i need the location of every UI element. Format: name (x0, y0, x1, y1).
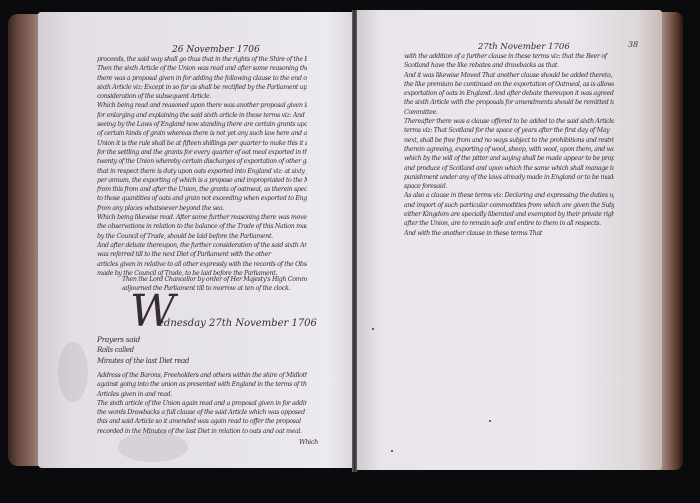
left-page-text-block: proceeds, the said way shall go thus tha… (97, 55, 307, 278)
right-page-date-heading: 27th November 1706 (478, 42, 570, 52)
text-line: for the settling and the grants for ever… (97, 148, 307, 157)
paper-stain (118, 432, 188, 462)
text-line: which by the will of the pitter and sayi… (404, 154, 614, 163)
text-line: consideration of the subsequent Article. (97, 92, 307, 101)
text-line: of certain kinds of grain whereas there … (97, 129, 307, 138)
text-line: Which being read and reasoned upon there… (97, 101, 307, 110)
text-line: the observations in relation to the bala… (97, 222, 307, 231)
text-line: The sixth article of the Union again rea… (97, 399, 307, 408)
text-line: twenty of the Union whereby certain disc… (97, 157, 307, 166)
paper-speck (489, 420, 491, 422)
text-line: after the Union, are to remain safe and … (404, 219, 614, 228)
text-line: and import of such particular commoditie… (404, 201, 614, 210)
text-line: Which being likewise read. After some fu… (97, 213, 307, 222)
book-gutter (352, 10, 357, 472)
text-line: Committee. (404, 108, 614, 117)
text-line: Prayers said (97, 334, 217, 345)
paper-stain (58, 342, 88, 402)
wednesday-date-heading: ednesday 27th November 1706 (158, 318, 317, 329)
text-line: against going into the union as presente… (97, 380, 307, 389)
text-line: recorded in the Minutes of the last Diet… (97, 427, 307, 436)
left-fore-edge (8, 14, 42, 466)
text-line: proceeds, the said way shall go thus tha… (97, 55, 307, 64)
text-line: next, shall be free from and no ways sub… (404, 136, 614, 145)
text-line: that in respect there is duty upon oats … (97, 167, 307, 176)
text-line: and produce of Scotland and upon which t… (404, 164, 614, 173)
text-line: Rolls called (97, 345, 217, 356)
text-line: for enlarging and explaining the said si… (97, 111, 307, 120)
text-line: per annum, the exporting of which is a p… (97, 176, 307, 185)
text-line: with the addition of a further clause in… (404, 52, 614, 61)
text-line: Articles given in and read. (97, 390, 307, 399)
text-line: by the Council of Trade, should be laid … (97, 232, 307, 241)
open-manuscript-book: 26 November 1706 proceeds, the said way … (0, 0, 700, 503)
text-line: Thereafter there was a clause offered to… (404, 117, 614, 126)
text-line: sixth Article viz: Except in so far as s… (97, 83, 307, 92)
text-line: terms viz: That Scotland for the space o… (404, 126, 614, 135)
text-line: Scotland have the like rebates and drawb… (404, 61, 614, 70)
text-line: the like premium be continued on the exp… (404, 80, 614, 89)
left-page-date-heading: 26 November 1706 (172, 45, 260, 55)
text-line: either Kingdom are specially liberated a… (404, 210, 614, 219)
paper-speck (391, 450, 393, 452)
text-line: As also a clause in these terms viz: Dec… (404, 191, 614, 200)
text-line: Union it is the rule shall be at fifteen… (97, 139, 307, 148)
text-line: therein agreeing, exporting of wool, she… (404, 145, 614, 154)
text-line: was referred till to the next Diet of Pa… (97, 250, 307, 259)
right-page-text-block: with the addition of a further clause in… (404, 52, 614, 238)
text-line: Then the sixth Article of the Union was … (97, 64, 307, 73)
text-line: the words Drawbacks a full clause of the… (97, 408, 307, 417)
text-line: the sixth Article with the proposals for… (404, 98, 614, 107)
text-line: Minutes of the last Diet read (97, 356, 217, 367)
text-line: articles given in relative to all other … (97, 260, 307, 269)
text-line: to those quantities of oats and grain no… (97, 194, 307, 203)
paper-speck (372, 328, 374, 330)
text-line: from any places whatsoever beyond the se… (97, 204, 307, 213)
text-line: Then the Lord Chancellor by order of Her… (122, 275, 307, 284)
text-line: And with the another clause in these ter… (404, 229, 614, 238)
text-line: Address of the Barons, Freeholders and o… (97, 371, 307, 380)
left-page-second-section: Address of the Barons, Freeholders and o… (97, 371, 307, 436)
sederunt-block: Prayers said Rolls called Minutes of the… (97, 334, 217, 367)
text-line: And it was likewise Moved That another c… (404, 71, 614, 80)
catchword: Which (299, 438, 318, 446)
text-line: And after debate thereupon, the further … (97, 241, 307, 250)
text-line: from this from and after the Union, the … (97, 185, 307, 194)
page-number: 38 (628, 40, 638, 49)
text-line: exportation of oats in England. And afte… (404, 89, 614, 98)
text-line: punishment under any of the laws already… (404, 173, 614, 182)
text-line: seeing by the Laws of England now standi… (97, 120, 307, 129)
text-line: this and said Article so it amended was … (97, 417, 307, 426)
text-line: there was a proposal given in for adding… (97, 74, 307, 83)
text-line: space foresaid. (404, 182, 614, 191)
